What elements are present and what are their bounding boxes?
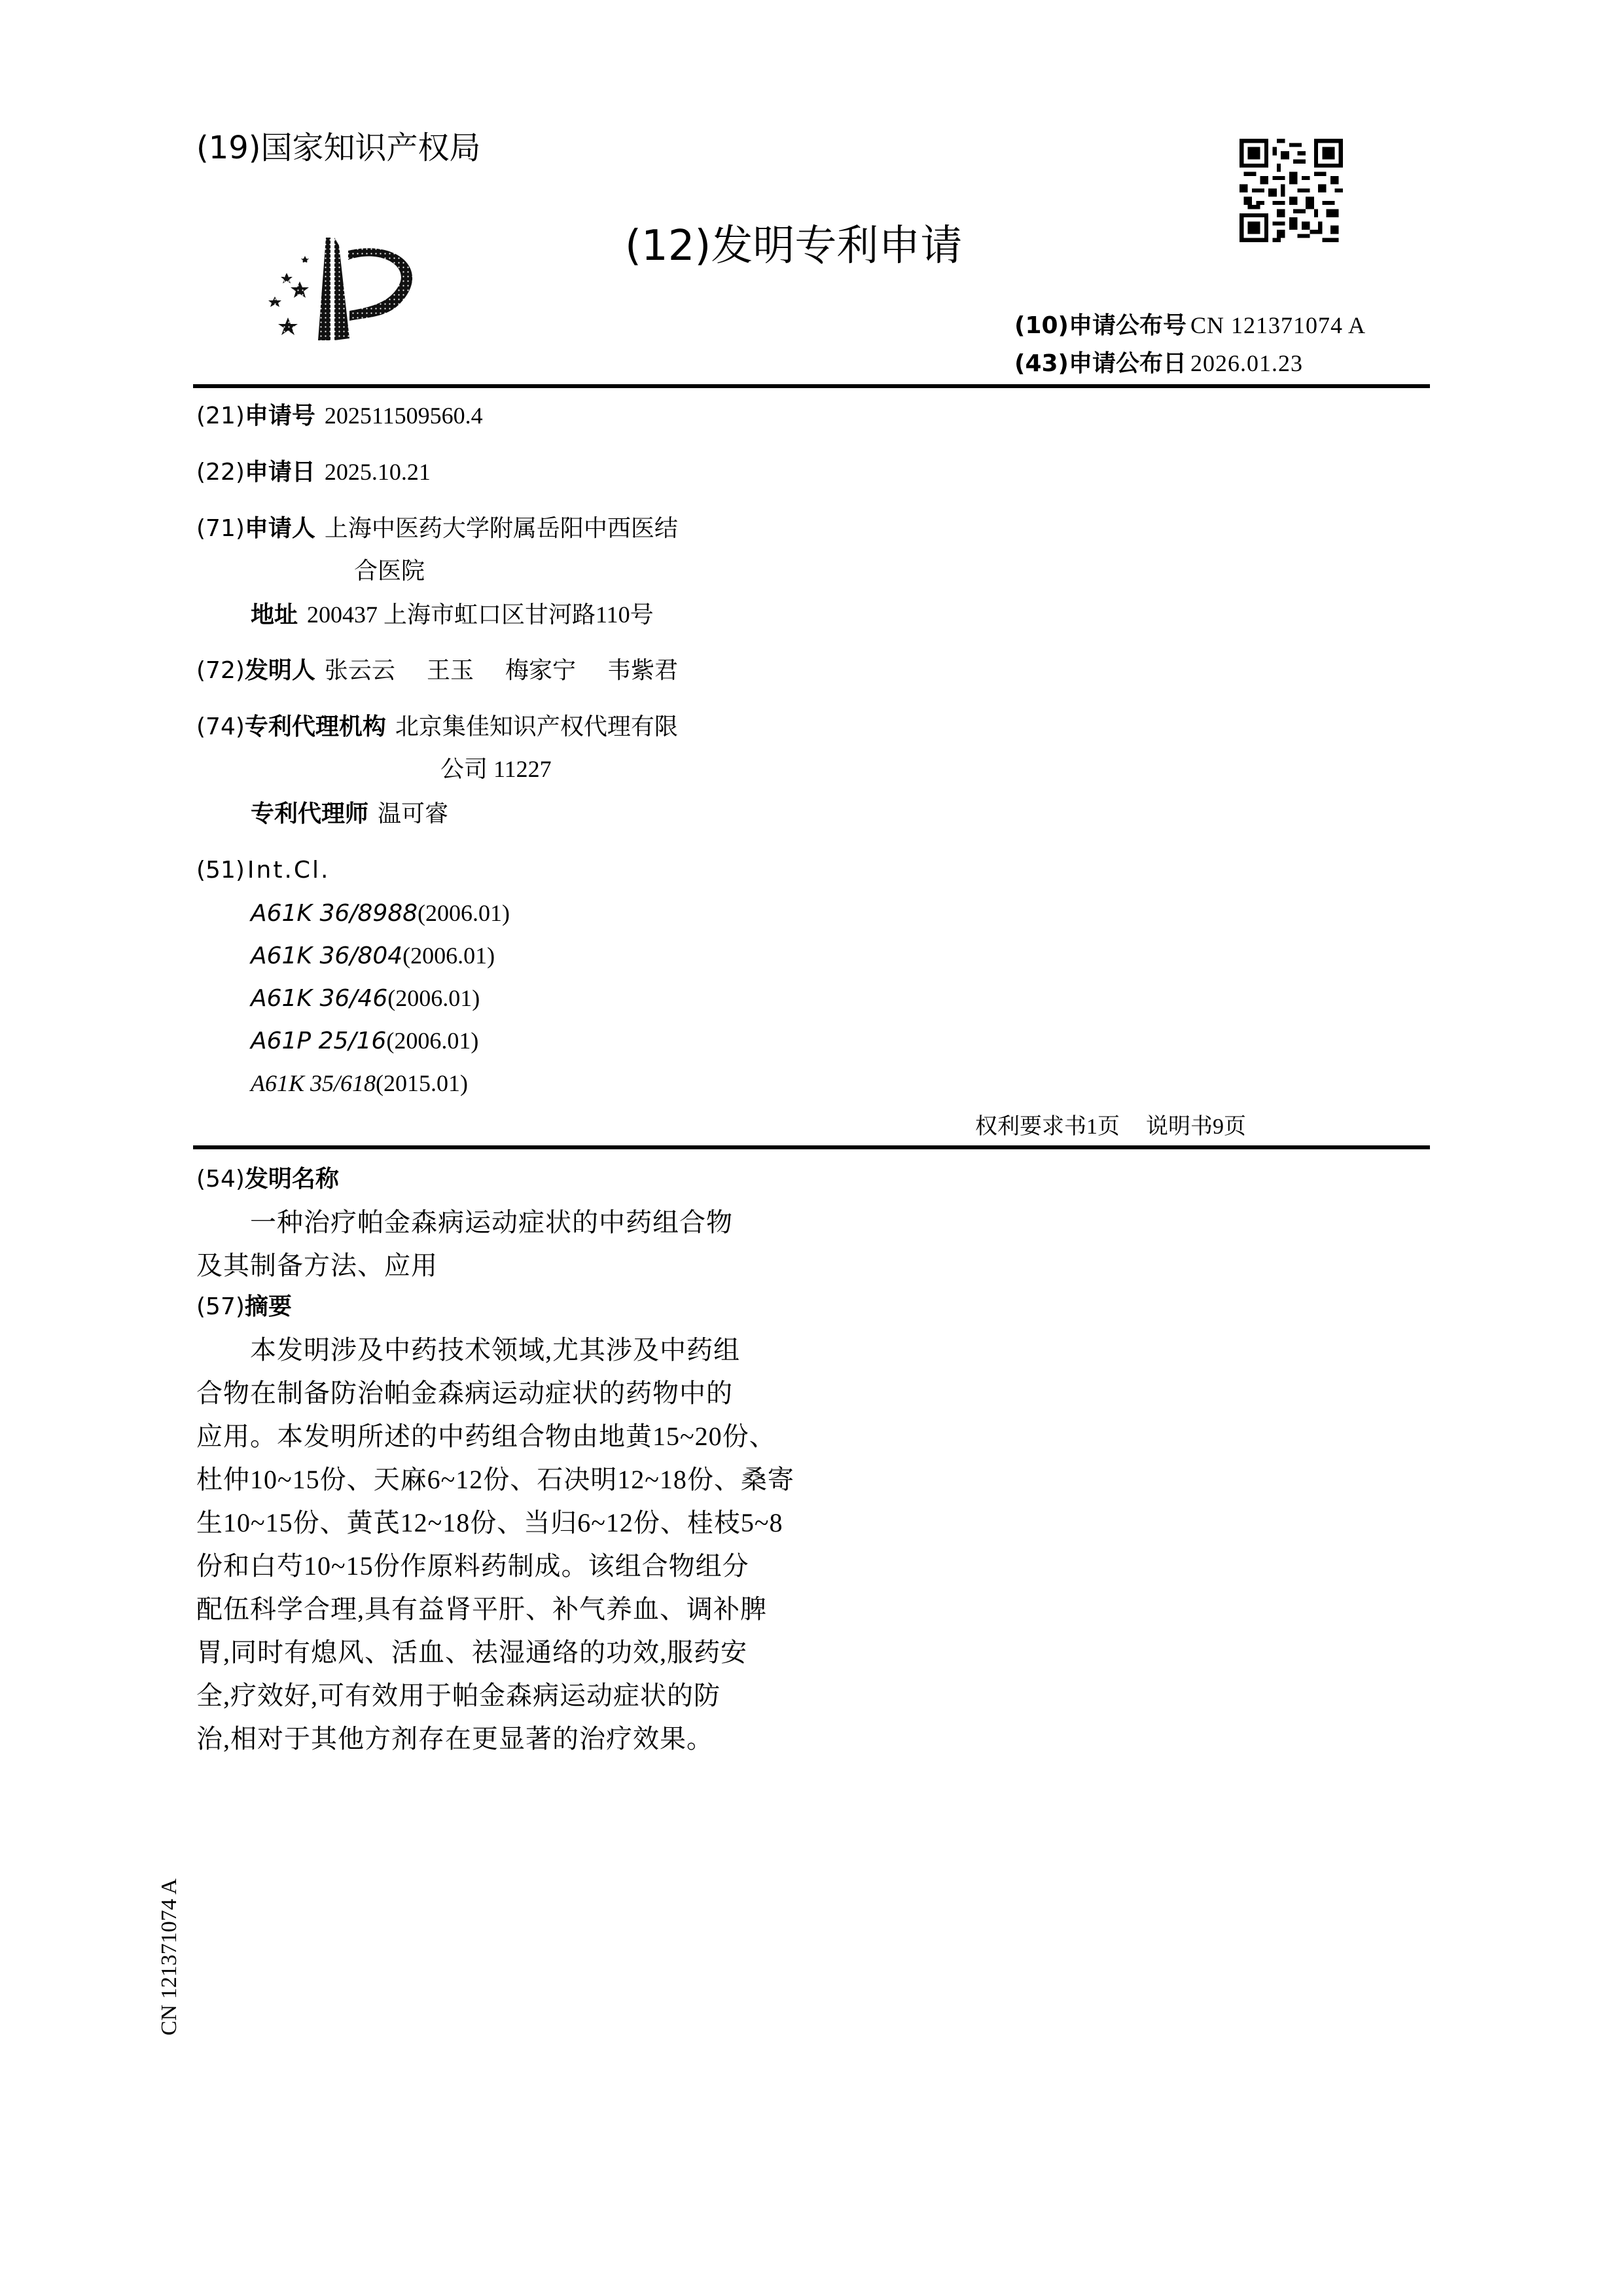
invention-title-line: 及其制备方法、应用 [196,1244,785,1287]
field-code: (54) [196,1166,245,1193]
field-code: (51) [196,857,245,884]
invention-title-line: 一种治疗帕金森病运动症状的中药组合物 [196,1201,785,1244]
int-cl-row: (51)Int.Cl. [196,855,330,886]
ipc-version: (2006.01) [386,1028,478,1054]
field-label: 发明人 [245,657,315,684]
description-page-count: 说明书9页 [1146,1115,1246,1139]
office-title: (19)国家知识产权局 [196,128,481,168]
inventor: 王玉 [427,657,474,683]
ipc-class: A61K 36/46 [251,985,387,1012]
agent-row: 专利代理师温可睿 [251,798,448,829]
application-date-row: (22)申请日2025.10.21 [196,457,431,488]
ipc-version: (2006.01) [402,942,495,969]
address: 200437 上海市虹口区甘河路110号 [307,601,654,628]
address-row: 地址200437 上海市虹口区甘河路110号 [251,600,654,630]
invention-title: 一种治疗帕金森病运动症状的中药组合物 及其制备方法、应用 [196,1201,785,1287]
publication-date-row: (43)申请公布日2026.01.23 [1014,348,1303,379]
field-code: (22) [196,459,245,486]
field-label: Int.Cl. [247,857,330,884]
top-divider [193,384,1430,388]
ipc-class: A61K 36/804 [251,942,402,969]
field-label: 申请人 [245,515,315,542]
field-label: 发明名称 [245,1166,339,1193]
claims-page-count: 权利要求书1页 [975,1115,1120,1139]
abstract-text: 本发明涉及中药技术领域,尤其涉及中药组 合物在制备防治帕金森病运动症状的药物中的… [196,1329,785,1761]
ipc-version: (2015.01) [376,1070,468,1096]
field-code: (21) [196,403,245,429]
abstract-line: 治,相对于其他方剂存在更显著的治疗效果。 [196,1717,785,1761]
ipc-version: (2006.01) [387,985,480,1011]
document-type-title: (12)发明专利申请 [625,220,962,272]
field-label: 专利代理机构 [245,713,386,740]
side-publication-number: CN 121371074 A [157,1878,182,2036]
abstract-line: 份和白芍10~15份作原料药制成。该组合物组分 [196,1545,785,1588]
middle-divider [193,1145,1430,1149]
applicant-row: (71)申请人上海中医药大学附属岳阳中西医结 [196,513,678,544]
ipc-class-item: A61P 25/16(2006.01) [251,1026,478,1056]
field-label: 专利代理师 [251,800,368,827]
abstract-heading: (57)摘要 [196,1291,292,1322]
publication-date: 2026.01.23 [1190,350,1303,376]
abstract-line: 配伍科学合理,具有益肾平肝、补气养血、调补脾 [196,1588,785,1631]
abstract-line: 杜仲10~15份、天麻6~12份、石决明12~18份、桑寄 [196,1458,785,1501]
ipc-class-item: A61K 36/804(2006.01) [251,941,495,971]
inventor: 梅家宁 [505,657,576,683]
ipc-class-item: A61K 36/8988(2006.01) [251,898,510,929]
field-code: (57) [196,1293,245,1320]
field-label: 摘要 [245,1293,292,1320]
field-code: (74) [196,713,245,740]
ipc-version: (2006.01) [418,900,510,926]
cnipa-logo-icon [268,219,425,344]
application-date: 2025.10.21 [325,459,431,485]
agency-name-continued: 公司 11227 [440,754,552,784]
publication-number-label: (10)申请公布号 [1014,312,1186,339]
agent-name: 温可睿 [378,800,448,827]
ipc-class: A61K 35/618 [251,1070,376,1096]
abstract-line: 合物在制备防治帕金森病运动症状的药物中的 [196,1372,785,1415]
publication-number-row: (10)申请公布号CN 121371074 A [1014,310,1366,341]
inventors-row: (72)发明人张云云王玉梅家宁韦紫君 [196,655,678,686]
field-code: (72) [196,657,245,684]
abstract-line: 全,疗效好,可有效用于帕金森病运动症状的防 [196,1674,785,1717]
applicant-name: 上海中医药大学附属岳阳中西医结 [325,515,678,541]
ipc-class: A61P 25/16 [251,1028,386,1054]
page-counts: 权利要求书1页说明书9页 [975,1113,1246,1141]
inventor: 韦紫君 [607,657,678,683]
field-label: 地址 [251,601,298,628]
ipc-class-item: A61K 35/618(2015.01) [251,1068,468,1098]
agency-row: (74)专利代理机构北京集佳知识产权代理有限 [196,711,678,742]
publication-date-label: (43)申请公布日 [1014,350,1186,377]
ipc-class-item: A61K 36/46(2006.01) [251,983,480,1014]
field-label: 申请号 [245,403,315,429]
abstract-line: 胃,同时有熄风、活血、祛湿通络的功效,服药安 [196,1631,785,1674]
application-number: 202511509560.4 [325,403,483,429]
abstract-line: 生10~15份、黄芪12~18份、当归6~12份、桂枝5~8 [196,1501,785,1545]
field-label: 申请日 [245,459,315,486]
applicant-name-continued: 合医院 [354,556,425,586]
agency-name: 北京集佳知识产权代理有限 [395,713,678,740]
publication-number: CN 121371074 A [1190,312,1366,338]
abstract-line: 应用。本发明所述的中药组合物由地黄15~20份、 [196,1415,785,1458]
field-code: (71) [196,515,245,542]
invention-title-heading: (54)发明名称 [196,1164,339,1194]
application-number-row: (21)申请号202511509560.4 [196,401,483,431]
qr-code-icon[interactable] [1239,139,1344,242]
abstract-line: 本发明涉及中药技术领域,尤其涉及中药组 [196,1329,785,1372]
inventor: 张云云 [325,657,395,683]
ipc-class: A61K 36/8988 [251,900,418,927]
